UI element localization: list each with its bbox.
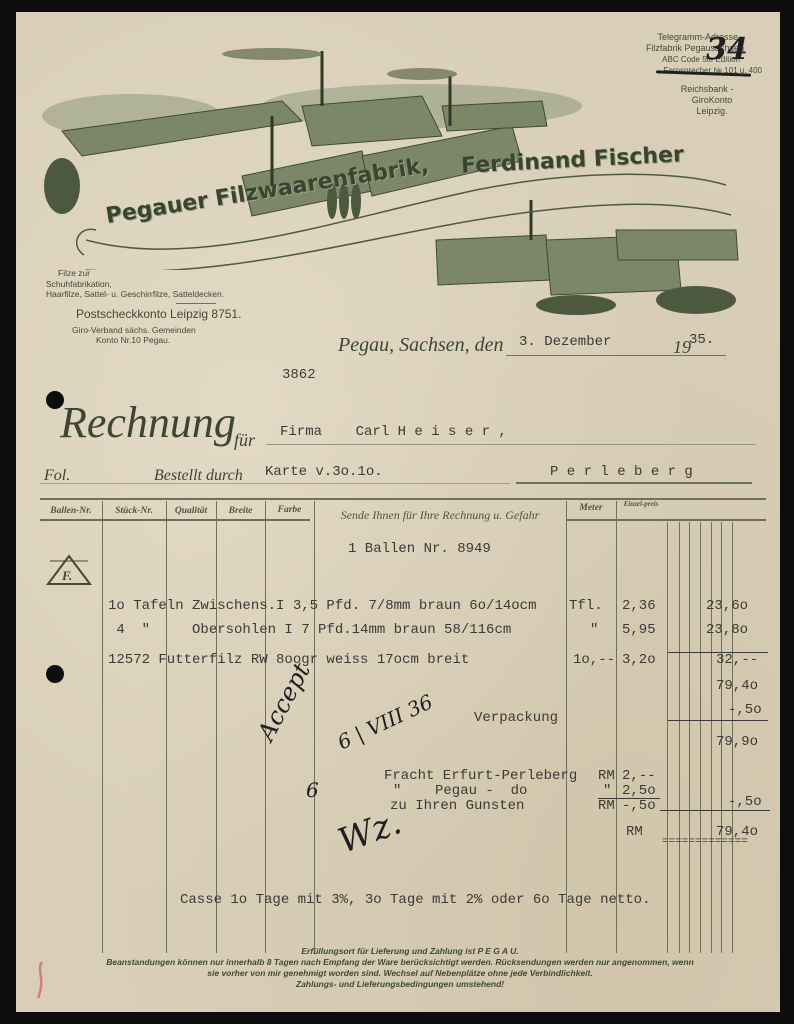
item-meter: Tfl. — [569, 598, 603, 614]
header-farbe: Farbe — [265, 505, 314, 515]
item-price: 2,36 — [622, 598, 656, 614]
col-divider — [314, 501, 315, 953]
total-currency: RM — [626, 824, 643, 840]
col-divider — [700, 522, 701, 953]
handwritten-digit: 6 — [306, 778, 319, 802]
recipient-city: P e r l e b e r g — [550, 464, 693, 480]
col-divider — [689, 522, 690, 953]
item-price: 3,2o — [622, 652, 656, 668]
date-place: Pegau, Sachsen, den — [338, 334, 504, 357]
header-stueck-nr: Stück-Nr. — [102, 506, 166, 516]
invoice-title: Rechnung — [60, 397, 236, 448]
freight-label-3: zu Ihren Gunsten — [390, 798, 524, 814]
giro-line1: Giro-Verband sächs. Gemeinden — [46, 325, 326, 336]
item-amount: 32,-- — [716, 652, 758, 668]
handwritten-page-number: 34 — [706, 32, 748, 67]
freight-label-1: Fracht Erfurt-Perleberg — [384, 768, 577, 784]
header-meter: Meter — [566, 503, 616, 513]
table-header-rule-right — [566, 519, 766, 521]
header-qualitaet: Qualität — [166, 506, 216, 516]
freight-amount: -,5o — [728, 794, 762, 810]
col-divider — [102, 501, 103, 953]
item-meter: " — [590, 622, 598, 638]
city-underline — [516, 482, 752, 484]
recipient-underline — [266, 444, 756, 445]
red-pencil-mark — [34, 960, 48, 1000]
products-line3: Haarfilze, Sattel- u. Geschirrfilze, Sat… — [46, 289, 326, 300]
sum-rule — [668, 652, 768, 653]
table-header-rule — [40, 519, 310, 521]
bank-line3: Leipzig. — [582, 106, 762, 117]
item-price: 5,95 — [622, 622, 656, 638]
date-underline — [506, 355, 726, 356]
freight-value-2: 2,5o — [622, 783, 656, 799]
payment-terms: Casse 1o Tage mit 3%, 3o Tage mit 2% ode… — [180, 892, 650, 908]
freight-label-2: " Pegau - do — [393, 783, 527, 799]
freight-currency-3: RM — [598, 798, 615, 814]
header-description: Sende Ihnen für Ihre Rechnung u. Gefahr — [314, 508, 566, 523]
postscheck-account: Postscheckkonto Leipzig 8751. — [46, 307, 326, 321]
packing-amount: -,5o — [728, 702, 762, 718]
products-line1: Filze zur — [46, 268, 326, 279]
header-breite: Breite — [216, 506, 265, 516]
ordered-by-value: Karte v.3o.1o. — [265, 464, 383, 480]
handwritten-accept: Accept — [252, 658, 316, 745]
footer-complaints: Beanstandungen können nur innerhalb 8 Ta… — [30, 957, 770, 968]
freight-value-1: 2,-- — [622, 768, 656, 784]
sum-rule — [660, 810, 770, 811]
giro-line2: Konto Nr.10 Pegau. — [46, 335, 326, 346]
item-meter: 1o,-- — [573, 652, 615, 668]
total-double-underline: ============= — [662, 836, 748, 848]
bank-line1: Reichsbank - — [582, 84, 762, 95]
freight-currency-1: RM — [598, 768, 615, 784]
sum-rule — [668, 720, 768, 721]
col-divider — [679, 522, 680, 953]
item-description: 1o Tafeln Zwischens.I 3,5 Pfd. 7/8mm bra… — [108, 598, 536, 614]
col-divider — [667, 522, 668, 953]
subtotal-2: 79,9o — [716, 734, 758, 750]
punch-hole-top — [46, 391, 64, 409]
footer-returns: sie vorher von mir genehmigt worden sind… — [30, 968, 770, 979]
freight-currency-2: " — [603, 783, 611, 799]
bale-number: 1 Ballen Nr. 8949 — [348, 541, 491, 557]
item-description: 4 " Obersohlen I 7 Pfd.14mm braun 58/116… — [108, 622, 511, 638]
bale-mark-letter: F. — [62, 568, 72, 584]
products-block: Filze zur Schuhfabrikation, Haarfilze, S… — [46, 268, 326, 346]
handwritten-initials: Wz. — [333, 802, 407, 861]
freight-value-3: -,5o — [622, 798, 656, 814]
header-einzelpreis: Einzel-preis — [622, 500, 660, 508]
item-amount: 23,6o — [706, 598, 748, 614]
col-divider — [166, 501, 167, 953]
products-line2: Schuhfabrikation, — [46, 279, 326, 290]
footer-place-of-performance: Erfüllungsort für Lieferung und Zahlung … — [30, 946, 770, 957]
date-year-suffix: 35. — [689, 332, 714, 348]
footer-terms: Erfüllungsort für Lieferung und Zahlung … — [30, 946, 770, 990]
invoice-number: 3862 — [282, 367, 316, 383]
fol-underline — [40, 483, 510, 484]
item-amount: 23,8o — [706, 622, 748, 638]
subtotal-1: 79,4o — [716, 678, 758, 694]
bank-line2: GiroKonto — [582, 95, 762, 106]
recipient: Firma Carl H e i s e r , — [280, 424, 507, 440]
date-day-month: 3. Dezember — [519, 334, 611, 350]
col-divider — [216, 501, 217, 953]
col-divider — [711, 522, 712, 953]
header-ballen-nr: Ballen-Nr. — [40, 506, 102, 516]
invoice-document: Pegauer Filzwaarenfabrik, Ferdinand Fisc… — [16, 12, 780, 1012]
punch-hole-bottom — [46, 665, 64, 683]
invoice-fuer: für — [234, 430, 255, 451]
footer-conditions: Zahlungs- und Lieferungsbedingungen umst… — [30, 979, 770, 990]
col-divider — [566, 501, 567, 953]
handwritten-date: 6 | VIII 36 — [334, 690, 437, 755]
packing-label: Verpackung — [474, 710, 558, 726]
col-divider — [616, 501, 617, 953]
